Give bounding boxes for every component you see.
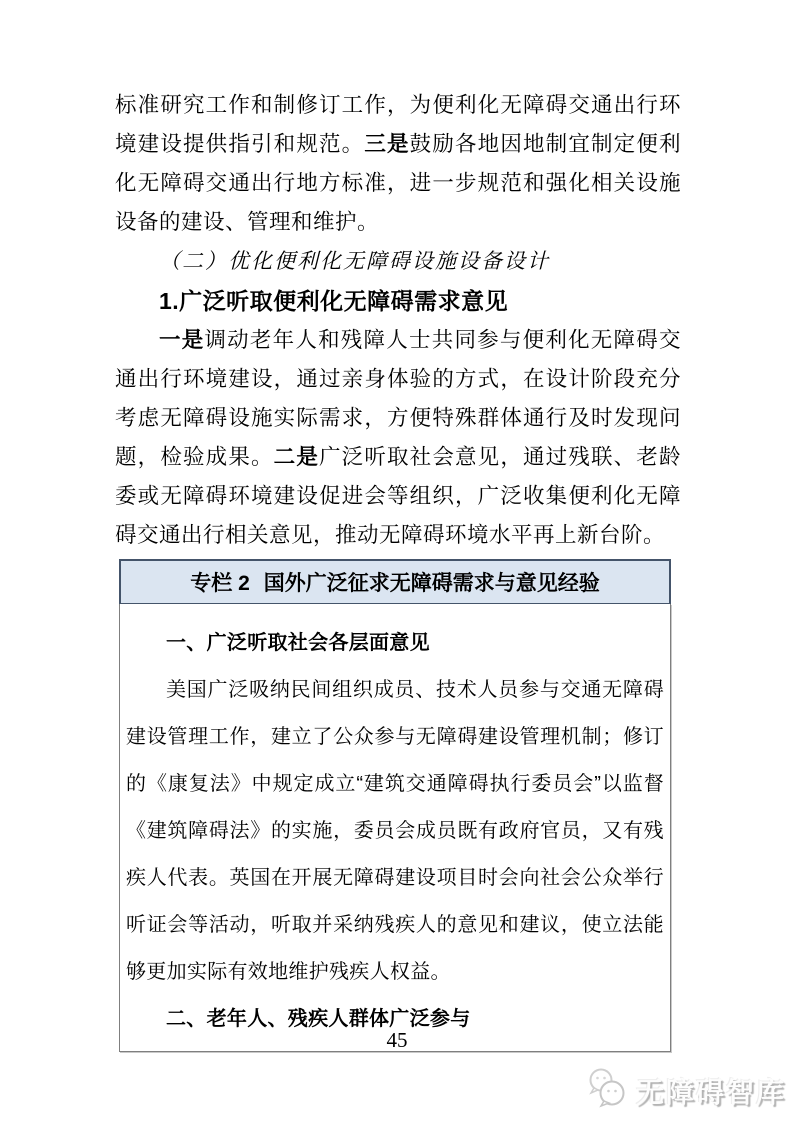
callout-section1-heading: 一、广泛听取社会各层面意见 xyxy=(126,620,664,667)
numbered-subheading: 1.广泛听取便利化无障碍需求意见 xyxy=(115,281,681,321)
page-number: 45 xyxy=(0,1028,794,1053)
callout-box-body: 一、广泛听取社会各层面意见 美国广泛吸纳民间组织成员、技术人员参与交通无障碍建设… xyxy=(119,604,671,1052)
main-text-column: 标准研究工作和制修订工作，为便利化无障碍交通出行环境建设提供指引和规范。三是鼓励… xyxy=(115,86,681,1052)
callout-section1-body: 美国广泛吸纳民间组织成员、技术人员参与交通无障碍建设管理工作，建立了公众参与无障… xyxy=(126,667,664,996)
document-page: 标准研究工作和制修订工作，为便利化无障碍交通出行环境建设提供指引和规范。三是鼓励… xyxy=(0,0,794,1123)
watermark: 无障碍智库 xyxy=(586,1066,786,1115)
chat-bubbles-logo-icon xyxy=(586,1066,628,1115)
section-heading-kai: （二）优化便利化无障碍设施设备设计 xyxy=(115,242,681,281)
callout-box: 专栏 2 国外广泛征求无障碍需求与意见经验 一、广泛听取社会各层面意见 美国广泛… xyxy=(119,559,671,1052)
watermark-brand-name: 无障碍智库 xyxy=(636,1071,786,1111)
body-paragraph-1: 标准研究工作和制修订工作，为便利化无障碍交通出行环境建设提供指引和规范。三是鼓励… xyxy=(115,86,681,242)
callout-box-label: 专栏 2 xyxy=(190,567,250,597)
callout-box-header: 专栏 2 国外广泛征求无障碍需求与意见经验 xyxy=(119,559,671,604)
body-paragraph-2: 一是调动老年人和残障人士共同参与便利化无障碍交通出行环境建设，通过亲身体验的方式… xyxy=(115,321,681,555)
callout-box-title: 国外广泛征求无障碍需求与意见经验 xyxy=(264,567,600,597)
